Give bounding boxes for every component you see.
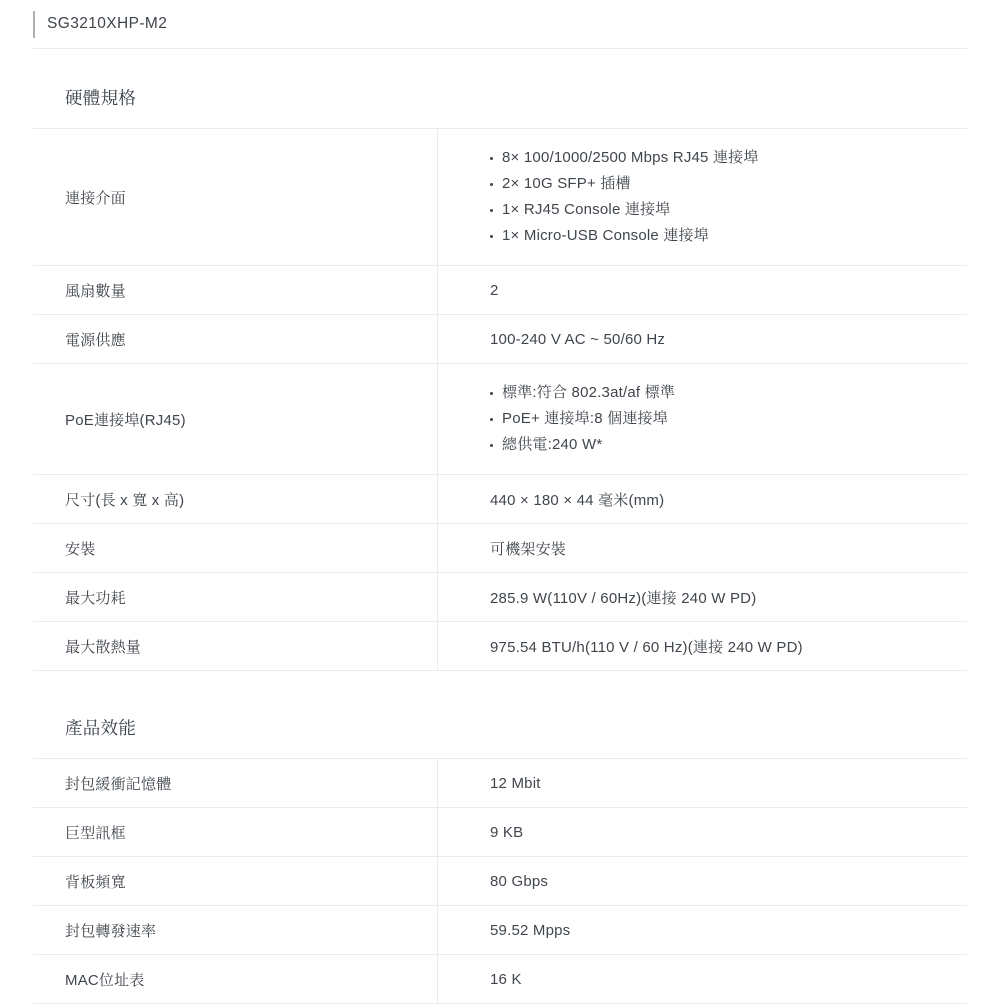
section-heading-performance: 產品效能 xyxy=(65,716,967,740)
spec-bullet-item: PoE+ 連接埠:8 個連接埠 xyxy=(490,406,675,432)
spec-label: 最大功耗 xyxy=(33,573,437,621)
spec-label: 背板頻寬 xyxy=(33,857,437,905)
spec-bullet-item: 標準:符合 802.3at/af 標準 xyxy=(490,380,675,406)
spec-bullet-list: 8× 100/1000/2500 Mbps RJ45 連接埠 2× 10G SF… xyxy=(490,145,759,249)
spec-value: 16 K xyxy=(437,955,967,1003)
spec-row-poe-ports: PoE連接埠(RJ45) 標準:符合 802.3at/af 標準 PoE+ 連接… xyxy=(33,364,967,475)
spec-row-fan-quantity: 風扇數量 2 xyxy=(33,266,967,315)
spec-value: 8× 100/1000/2500 Mbps RJ45 連接埠 2× 10G SF… xyxy=(437,129,967,265)
performance-spec-table: 封包緩衝記憶體 12 Mbit 巨型訊框 9 KB 背板頻寬 80 Gbps 封… xyxy=(33,758,967,1004)
spec-value: 80 Gbps xyxy=(437,857,967,905)
product-spec-page: SG3210XHP-M2 硬體規格 連接介面 8× 100/1000/2500 … xyxy=(0,0,1000,1004)
spec-value: 440 × 180 × 44 毫米(mm) xyxy=(437,475,967,523)
spec-value: 9 KB xyxy=(437,808,967,856)
product-title-header: SG3210XHP-M2 xyxy=(33,0,967,49)
spec-value: 可機架安裝 xyxy=(437,524,967,572)
title-accent-bar xyxy=(33,11,35,38)
spec-value: 12 Mbit xyxy=(437,759,967,807)
spec-label: 電源供應 xyxy=(33,315,437,363)
spec-label: 封包緩衝記憶體 xyxy=(33,759,437,807)
spec-row-interfaces: 連接介面 8× 100/1000/2500 Mbps RJ45 連接埠 2× 1… xyxy=(33,129,967,266)
spec-label: PoE連接埠(RJ45) xyxy=(33,364,437,474)
spec-row-switching-capacity: 背板頻寬 80 Gbps xyxy=(33,857,967,906)
section-hardware-specs: 硬體規格 連接介面 8× 100/1000/2500 Mbps RJ45 連接埠… xyxy=(33,86,967,671)
spec-label: 最大散熱量 xyxy=(33,622,437,670)
spec-value: 975.54 BTU/h(110 V / 60 Hz)(連接 240 W PD) xyxy=(437,622,967,670)
spec-value: 2 xyxy=(437,266,967,314)
section-heading-hardware: 硬體規格 xyxy=(65,86,967,110)
spec-label: MAC位址表 xyxy=(33,955,437,1003)
spec-row-jumbo-frame: 巨型訊框 9 KB xyxy=(33,808,967,857)
spec-bullet-item: 1× Micro-USB Console 連接埠 xyxy=(490,223,759,249)
section-performance: 產品效能 封包緩衝記憶體 12 Mbit 巨型訊框 9 KB 背板頻寬 80 G… xyxy=(33,716,967,1004)
spec-row-mounting: 安裝 可機架安裝 xyxy=(33,524,967,573)
spec-bullet-item: 1× RJ45 Console 連接埠 xyxy=(490,197,759,223)
spec-row-dimensions: 尺寸(長 x 寬 x 高) 440 × 180 × 44 毫米(mm) xyxy=(33,475,967,524)
spec-row-packet-buffer: 封包緩衝記憶體 12 Mbit xyxy=(33,759,967,808)
product-title: SG3210XHP-M2 xyxy=(47,15,167,33)
spec-value: 標準:符合 802.3at/af 標準 PoE+ 連接埠:8 個連接埠 總供電:… xyxy=(437,364,967,474)
spec-value: 100-240 V AC ~ 50/60 Hz xyxy=(437,315,967,363)
hardware-spec-table: 連接介面 8× 100/1000/2500 Mbps RJ45 連接埠 2× 1… xyxy=(33,128,967,671)
spec-bullet-item: 8× 100/1000/2500 Mbps RJ45 連接埠 xyxy=(490,145,759,171)
spec-value: 285.9 W(110V / 60Hz)(連接 240 W PD) xyxy=(437,573,967,621)
spec-bullet-list: 標準:符合 802.3at/af 標準 PoE+ 連接埠:8 個連接埠 總供電:… xyxy=(490,380,675,458)
spec-row-max-heat-dissipation: 最大散熱量 975.54 BTU/h(110 V / 60 Hz)(連接 240… xyxy=(33,622,967,671)
spec-value: 59.52 Mpps xyxy=(437,906,967,954)
spec-label: 安裝 xyxy=(33,524,437,572)
spec-row-mac-address-table: MAC位址表 16 K xyxy=(33,955,967,1004)
spec-row-forwarding-rate: 封包轉發速率 59.52 Mpps xyxy=(33,906,967,955)
spec-label: 封包轉發速率 xyxy=(33,906,437,954)
spec-bullet-item: 2× 10G SFP+ 插槽 xyxy=(490,171,759,197)
spec-label: 風扇數量 xyxy=(33,266,437,314)
spec-label: 巨型訊框 xyxy=(33,808,437,856)
spec-label: 連接介面 xyxy=(33,129,437,265)
spec-bullet-item: 總供電:240 W* xyxy=(490,432,675,458)
spec-label: 尺寸(長 x 寬 x 高) xyxy=(33,475,437,523)
spec-row-max-power-consumption: 最大功耗 285.9 W(110V / 60Hz)(連接 240 W PD) xyxy=(33,573,967,622)
spec-row-power-supply: 電源供應 100-240 V AC ~ 50/60 Hz xyxy=(33,315,967,364)
